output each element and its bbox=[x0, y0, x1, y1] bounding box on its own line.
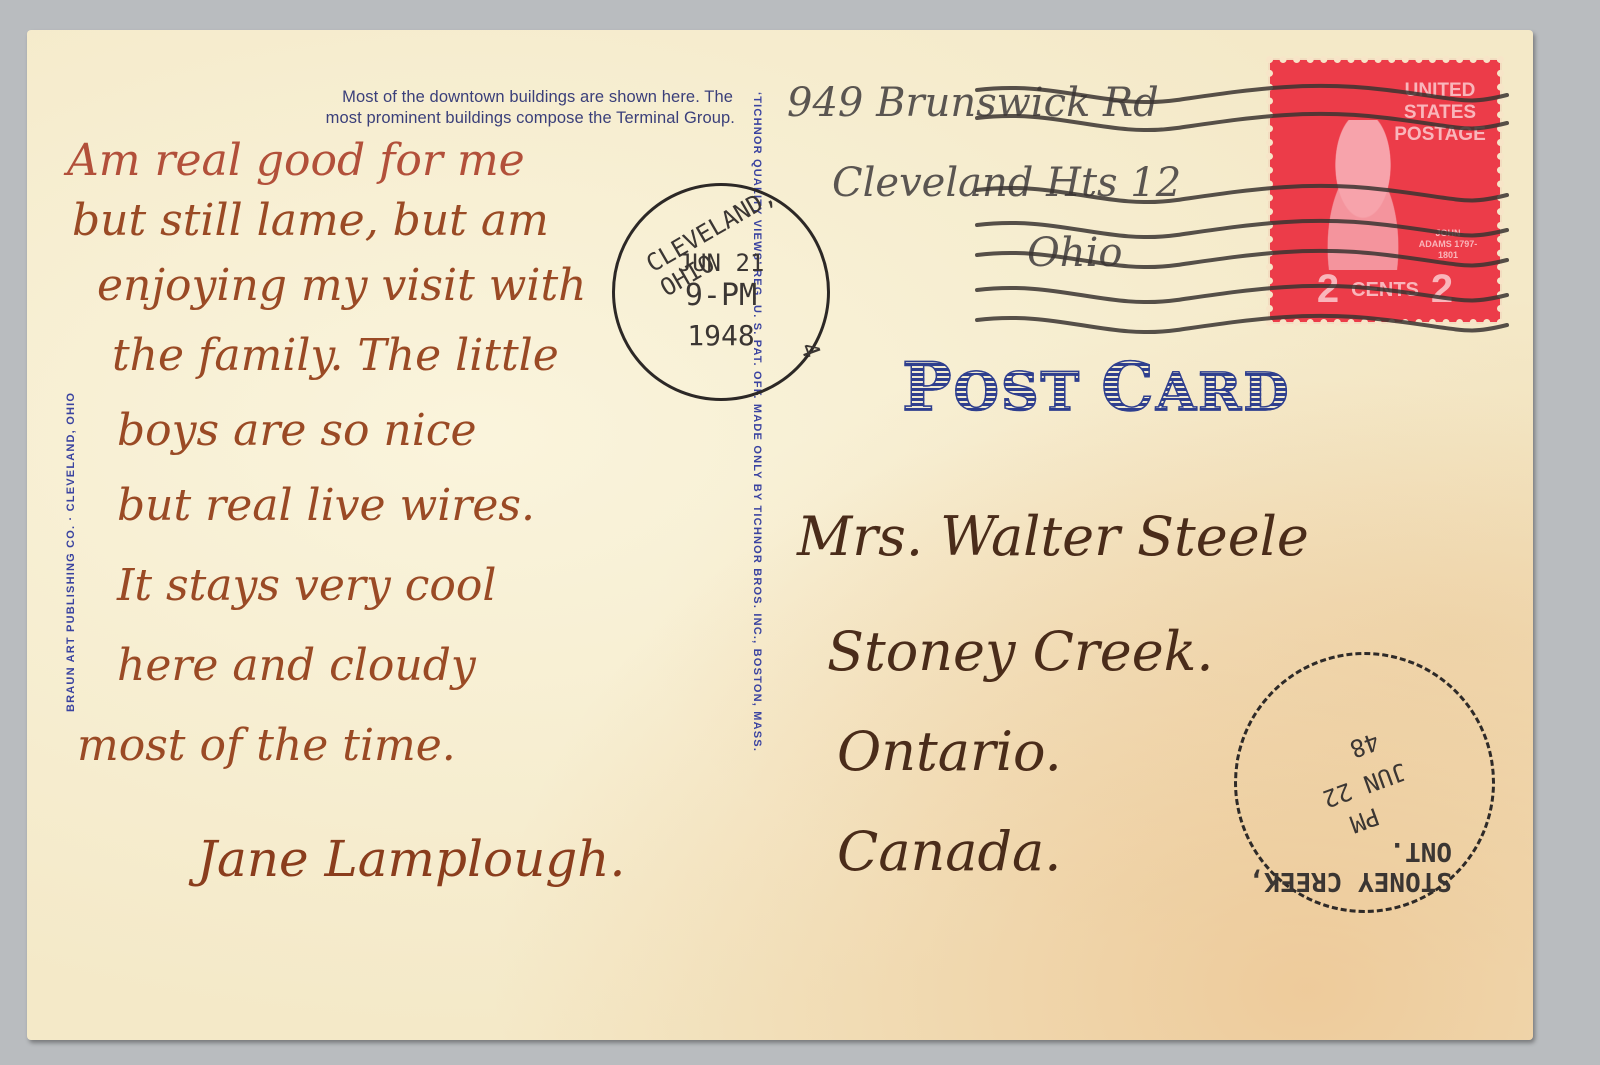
recipient-name: Mrs. Walter Steele bbox=[797, 505, 1309, 568]
stamp-portrait-name: JOHN ADAMS 1797-1801 bbox=[1418, 228, 1478, 261]
message-line: boys are so nice bbox=[117, 405, 477, 456]
return-address-line-1: 949 Brunswick Rd bbox=[787, 80, 1159, 126]
postmark-year: 1948 bbox=[615, 321, 827, 351]
post-card-heading: POST CARD bbox=[902, 348, 1290, 426]
caption-line-1: Most of the downtown buildings are shown… bbox=[85, 87, 735, 108]
message-line: It stays very cool bbox=[117, 560, 496, 611]
return-address-line-2: Cleveland Hts 12 bbox=[832, 160, 1181, 206]
postcard-back: Most of the downtown buildings are shown… bbox=[27, 30, 1533, 1040]
message-line: enjoying my visit with bbox=[97, 260, 587, 311]
message-line: here and cloudy bbox=[117, 640, 476, 691]
destination-postmark: STONEY CREEK, ONT. PM JUN 22 48 bbox=[1234, 652, 1495, 913]
message-line: most of the time. bbox=[77, 720, 456, 771]
recipient-city: Stoney Creek. bbox=[827, 620, 1214, 683]
caption-line-2: most prominent buildings compose the Ter… bbox=[85, 108, 735, 129]
return-address-line-3: Ohio bbox=[1027, 230, 1122, 276]
message-line: but still lame, but am bbox=[72, 195, 549, 246]
message-line: but real live wires. bbox=[117, 480, 535, 531]
message-line: Am real good for me bbox=[67, 135, 525, 186]
recipient-province: Ontario. bbox=[837, 720, 1062, 783]
postage-stamp: UNITED STATES POSTAGE JOHN ADAMS 1797-18… bbox=[1270, 60, 1500, 322]
postmark-date: JUN 21 bbox=[615, 248, 827, 278]
origin-postmark: CLEVELAND, OHIO 4 JUN 21 9-PM 1948 bbox=[612, 183, 830, 401]
postmark-time: 9-PM bbox=[615, 281, 827, 311]
message-line: the family. The little bbox=[112, 330, 559, 381]
recipient-country: Canada. bbox=[837, 820, 1061, 883]
signature: Jane Lamplough. bbox=[197, 830, 625, 888]
publisher-imprint: BRAUN ART PUBLISHING CO. · CLEVELAND, OH… bbox=[65, 392, 77, 712]
printed-caption: Most of the downtown buildings are shown… bbox=[85, 87, 735, 129]
stamp-value: 2CENTS2 bbox=[1270, 267, 1500, 312]
portrait-icon bbox=[1308, 120, 1418, 270]
